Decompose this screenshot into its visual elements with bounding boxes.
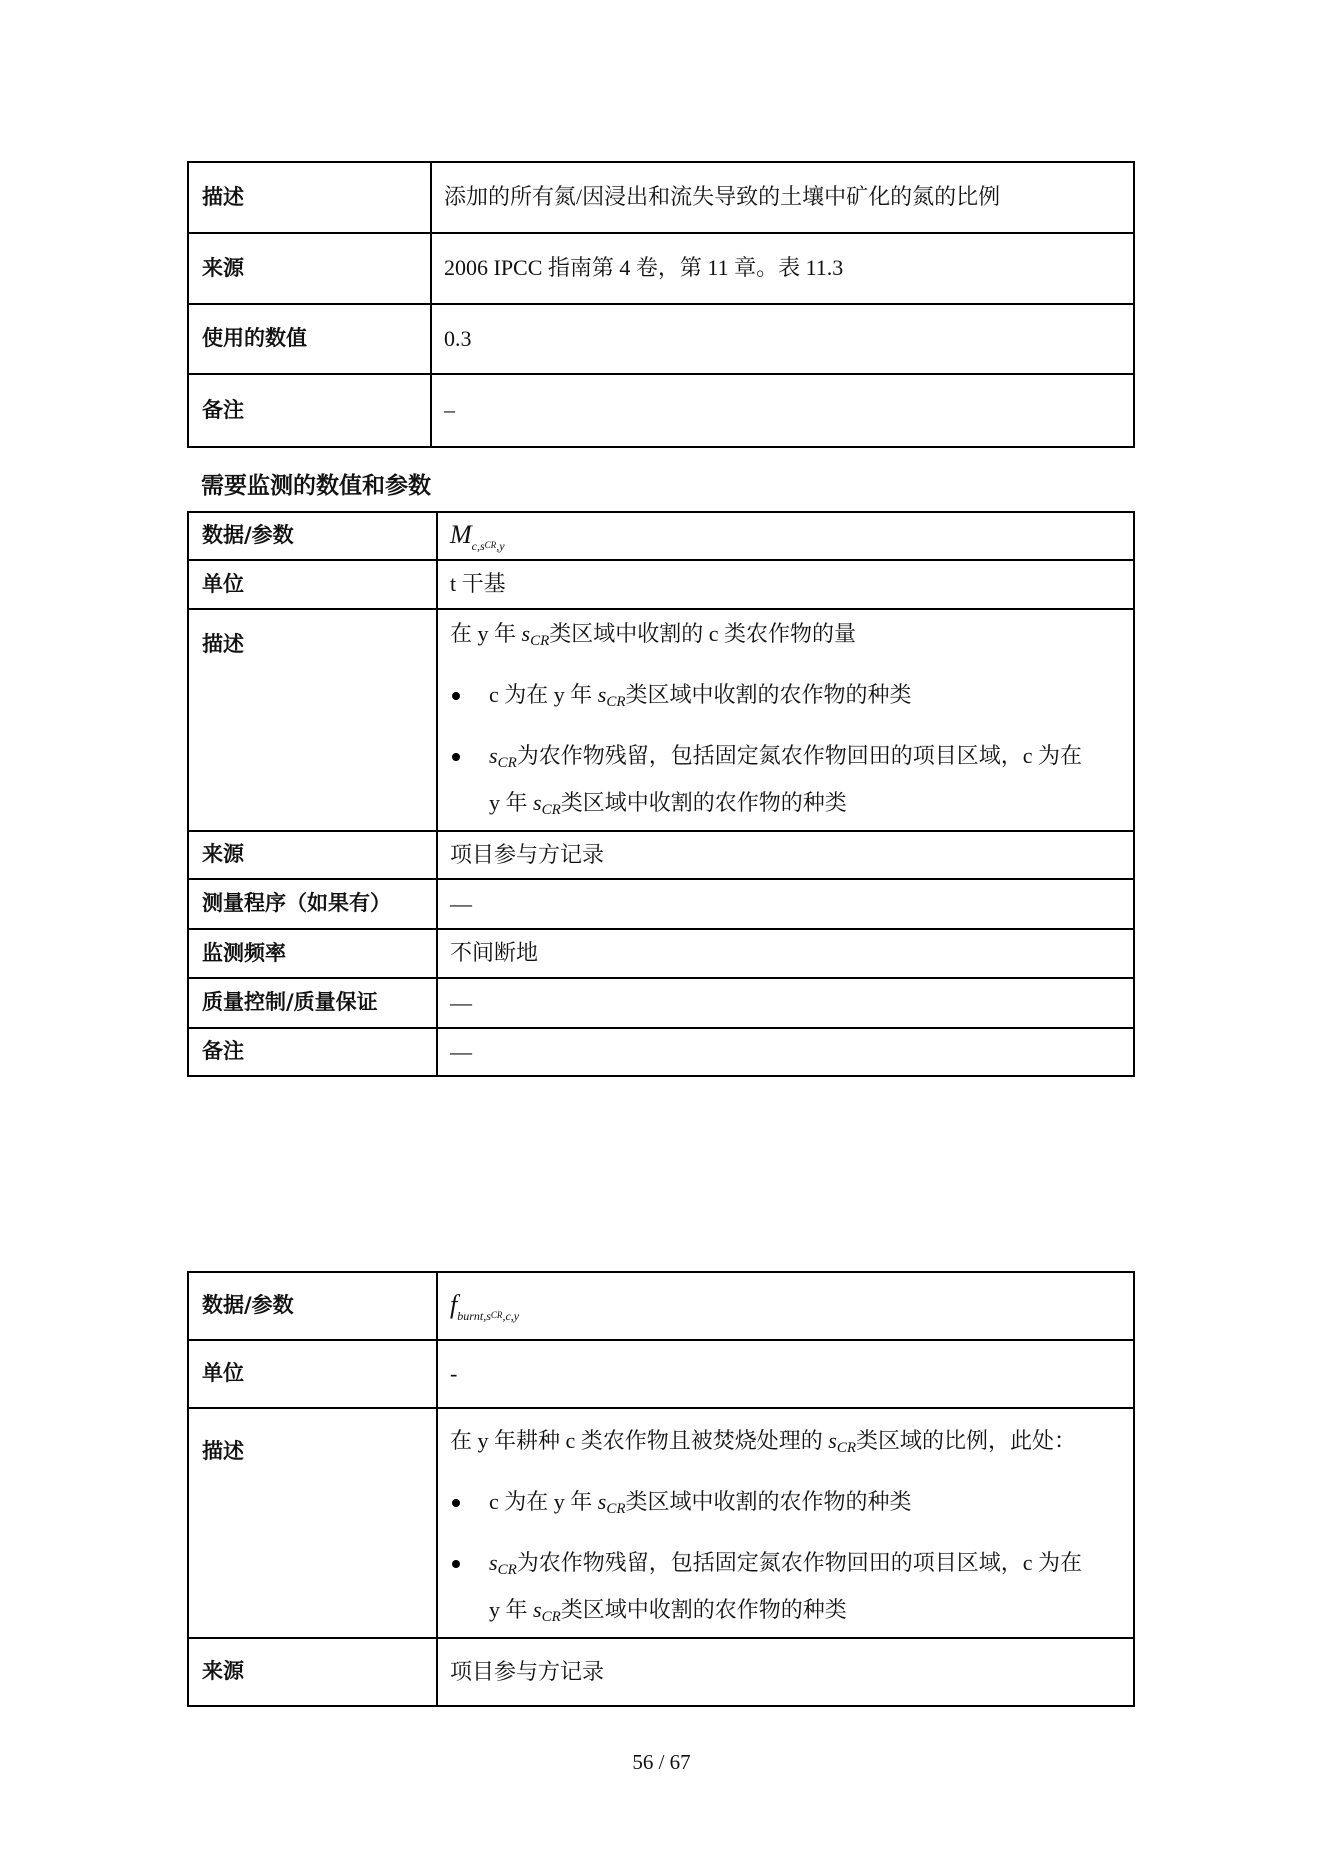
row-label: 描述	[188, 1408, 437, 1638]
row-label: 数据/参数	[188, 512, 437, 560]
bullet-icon	[452, 692, 460, 700]
row-label: 质量控制/质量保证	[188, 978, 437, 1028]
row-label: 来源	[188, 233, 431, 304]
row-label: 监测频率	[188, 929, 437, 978]
table-row: 数据/参数 Mc,sCR,y	[188, 512, 1134, 560]
table-row: 数据/参数 fburnt,sCR,c,y	[188, 1272, 1134, 1340]
parameter-symbol: Mc,sCR,y	[437, 512, 1134, 560]
row-label: 描述	[188, 162, 431, 233]
table-row: 来源 项目参与方记录	[188, 831, 1134, 879]
monitoring-parameter-table-f: 数据/参数 fburnt,sCR,c,y 单位 - 描述 在 y 年耕种 c 类…	[187, 1271, 1135, 1707]
row-label: 数据/参数	[188, 1272, 437, 1340]
description-intro: 在 y 年耕种 c 类农作物且被焚烧处理的 sCR类区域的比例，此处：	[450, 1421, 1133, 1468]
description-bullets: c 为在 y 年 sCR类区域中收割的农作物的种类 sCR为农作物残留，包括固定…	[450, 1482, 1133, 1637]
bullet-icon	[452, 1499, 460, 1507]
list-item: c 为在 y 年 sCR类区域中收割的农作物的种类	[450, 1482, 1133, 1529]
page-number: 56 / 67	[0, 1750, 1323, 1775]
row-label: 备注	[188, 1028, 437, 1076]
description-bullets: c 为在 y 年 sCR类区域中收割的农作物的种类 sCR为农作物残留，包括固定…	[450, 675, 1133, 830]
table-row: 质量控制/质量保证 —	[188, 978, 1134, 1028]
bullet-icon	[452, 1560, 460, 1568]
table-row: 描述 添加的所有氮/因浸出和流失导致的土壤中矿化的氮的比例	[188, 162, 1134, 233]
row-label: 来源	[188, 831, 437, 879]
table-row: 测量程序（如果有） —	[188, 879, 1134, 929]
description-cell: 在 y 年 sCR类区域中收割的 c 类农作物的量 c 为在 y 年 sCR类区…	[437, 609, 1134, 831]
list-item: sCR为农作物残留，包括固定氮农作物回田的项目区域，c 为在y 年 sCR类区域…	[450, 736, 1133, 830]
row-value: —	[437, 879, 1134, 929]
parameter-symbol: fburnt,sCR,c,y	[437, 1272, 1134, 1340]
row-label: 描述	[188, 609, 437, 831]
row-label: 来源	[188, 1638, 437, 1706]
row-value: 不间断地	[437, 929, 1134, 978]
list-item: c 为在 y 年 sCR类区域中收割的农作物的种类	[450, 675, 1133, 722]
row-value: t 干基	[437, 560, 1134, 609]
row-label: 备注	[188, 374, 431, 447]
table-row: 单位 -	[188, 1340, 1134, 1408]
row-value: 2006 IPCC 指南第 4 卷，第 11 章。表 11.3	[431, 233, 1134, 304]
table-row: 单位 t 干基	[188, 560, 1134, 609]
monitoring-parameter-table-m: 数据/参数 Mc,sCR,y 单位 t 干基 描述 在 y 年 sCR类区域中收…	[187, 511, 1135, 1077]
row-label: 单位	[188, 560, 437, 609]
row-label: 使用的数值	[188, 304, 431, 374]
row-value: 0.3	[431, 304, 1134, 374]
row-value: —	[437, 1028, 1134, 1076]
table-row: 监测频率 不间断地	[188, 929, 1134, 978]
description-intro: 在 y 年 sCR类区域中收割的 c 类农作物的量	[450, 614, 1133, 661]
row-value: -	[437, 1340, 1134, 1408]
row-label: 单位	[188, 1340, 437, 1408]
description-cell: 在 y 年耕种 c 类农作物且被焚烧处理的 sCR类区域的比例，此处： c 为在…	[437, 1408, 1134, 1638]
row-label: 测量程序（如果有）	[188, 879, 437, 929]
row-value: 添加的所有氮/因浸出和流失导致的土壤中矿化的氮的比例	[431, 162, 1134, 233]
table-row: 来源 项目参与方记录	[188, 1638, 1134, 1706]
section-heading: 需要监测的数值和参数	[201, 467, 431, 500]
row-value: 项目参与方记录	[437, 831, 1134, 879]
table-row: 描述 在 y 年耕种 c 类农作物且被焚烧处理的 sCR类区域的比例，此处： c…	[188, 1408, 1134, 1638]
table-row: 备注 –	[188, 374, 1134, 447]
default-values-table: 描述 添加的所有氮/因浸出和流失导致的土壤中矿化的氮的比例 来源 2006 IP…	[187, 161, 1135, 448]
table-row: 备注 —	[188, 1028, 1134, 1076]
row-value: 项目参与方记录	[437, 1638, 1134, 1706]
table-row: 使用的数值 0.3	[188, 304, 1134, 374]
row-value: —	[437, 978, 1134, 1028]
row-value: –	[431, 374, 1134, 447]
list-item: sCR为农作物残留，包括固定氮农作物回田的项目区域，c 为在y 年 sCR类区域…	[450, 1543, 1133, 1637]
table-row: 来源 2006 IPCC 指南第 4 卷，第 11 章。表 11.3	[188, 233, 1134, 304]
table-row: 描述 在 y 年 sCR类区域中收割的 c 类农作物的量 c 为在 y 年 sC…	[188, 609, 1134, 831]
bullet-icon	[452, 753, 460, 761]
